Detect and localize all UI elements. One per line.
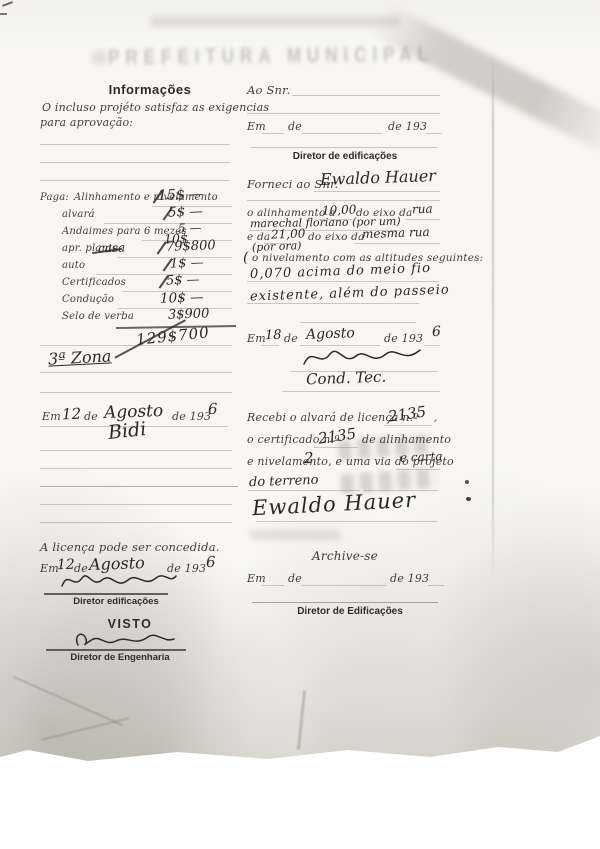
date-year-label: de 193 bbox=[172, 410, 211, 423]
signature-scribble bbox=[68, 627, 180, 651]
fee-label: Selo de verba bbox=[62, 311, 134, 322]
signature-rule bbox=[44, 593, 168, 595]
crease-line bbox=[297, 690, 306, 750]
fee-value: 5$ — bbox=[168, 203, 204, 220]
alignment-hand-7: 0,070 acima do meio fio bbox=[250, 261, 431, 282]
date-em-label: Em bbox=[247, 572, 266, 585]
fee-value: 79$800 bbox=[166, 238, 216, 255]
license-number-hand: 2135 bbox=[387, 402, 427, 425]
edge-mark bbox=[0, 13, 7, 15]
archive-label: Archive-se bbox=[302, 549, 388, 563]
ruled-line bbox=[428, 585, 444, 586]
forneci-name-hand: Ewaldo Hauer bbox=[320, 166, 436, 189]
alignment-hand-8: existente, além do passeio bbox=[250, 283, 450, 305]
fee-value: 15$ — bbox=[158, 186, 204, 204]
intro-line-2: para aprovação: bbox=[40, 116, 133, 129]
date-year-hand: 6 bbox=[432, 324, 441, 340]
ghost-header-text: PREFEITURA MUNICIPAL bbox=[108, 42, 434, 70]
signature-rule bbox=[46, 649, 186, 651]
ruled-line bbox=[424, 345, 440, 346]
fee-value: 1$ — bbox=[170, 255, 204, 271]
fee-label: Condução bbox=[62, 294, 114, 305]
recipient-signature-hand: Ewaldo Hauer bbox=[251, 488, 416, 521]
recebi-hand-1: e carta bbox=[400, 449, 443, 464]
license-statement: A licença pode ser concedida. bbox=[40, 540, 220, 554]
ruled-line bbox=[426, 133, 442, 134]
ruled-line bbox=[96, 274, 232, 275]
date-em-label: Em bbox=[42, 410, 61, 423]
ruled-line bbox=[40, 522, 232, 523]
ruled-line bbox=[302, 585, 386, 586]
ruled-line bbox=[40, 144, 230, 145]
ruled-line bbox=[40, 180, 230, 181]
document-page: PREFEITURA MUNICIPAL Informações O inclu… bbox=[0, 0, 600, 764]
fee-label: Certificados bbox=[62, 277, 126, 288]
left-section-title: Informações bbox=[95, 82, 205, 97]
ruled-line bbox=[262, 133, 284, 134]
ruled-line bbox=[256, 521, 438, 522]
date-year-label: de 193 bbox=[390, 572, 429, 585]
recebi-text-2b: de alinhamento bbox=[362, 433, 451, 446]
date-year-label: de 193 bbox=[388, 120, 427, 133]
fee-value: 3$900 bbox=[168, 306, 210, 322]
signature-scribble bbox=[58, 566, 178, 592]
signature-rule bbox=[252, 602, 438, 603]
alignment-text-4: do eixo da bbox=[308, 231, 365, 243]
date-month-hand: Agosto bbox=[306, 325, 355, 343]
ruled-line bbox=[396, 469, 440, 470]
ruled-line bbox=[250, 147, 438, 148]
fee-label: auto bbox=[62, 260, 85, 271]
ruled-line bbox=[40, 486, 238, 487]
ruled-line bbox=[40, 345, 232, 346]
ruled-line bbox=[261, 345, 279, 346]
zone-note: 3ª Zona bbox=[48, 346, 112, 368]
date-day-hand: 18 bbox=[265, 328, 282, 344]
ruled-line bbox=[247, 113, 440, 114]
ruled-line bbox=[40, 450, 232, 451]
ink-bleed-smudge bbox=[150, 16, 400, 27]
fee-value: 10$ — bbox=[160, 289, 204, 307]
crease-line bbox=[41, 717, 129, 740]
signature-scribble bbox=[298, 342, 424, 368]
date-de-label: de bbox=[84, 410, 98, 423]
ruled-line bbox=[40, 162, 230, 163]
ruled-line bbox=[282, 391, 440, 392]
ink-bleed-emblem bbox=[92, 50, 107, 65]
edge-mark bbox=[2, 1, 13, 7]
ruled-line bbox=[354, 243, 440, 244]
ink-dot bbox=[466, 497, 471, 501]
ink-bleed-smudge bbox=[250, 530, 340, 540]
director-edificacoes-label: Diretor de edificações bbox=[278, 151, 412, 162]
vertical-crease bbox=[492, 58, 494, 578]
fee-value: 5$ — bbox=[166, 272, 200, 288]
ruled-line bbox=[40, 504, 232, 505]
date-de-label: de bbox=[284, 332, 298, 345]
ruled-line bbox=[302, 133, 382, 134]
alignment-brace-hand: ( bbox=[243, 250, 249, 266]
date-de-label: de bbox=[288, 572, 302, 585]
cond-tec-hand: Cond. Tec. bbox=[306, 368, 387, 389]
ao-snr-label: Ao Snr. bbox=[247, 83, 290, 97]
date-em-label: Em bbox=[247, 120, 266, 133]
alignment-hand-2: rua bbox=[412, 202, 433, 217]
ruled-line bbox=[262, 585, 284, 586]
ruled-line bbox=[247, 303, 419, 304]
signature-hand: Bidi bbox=[107, 418, 147, 444]
ruled-line bbox=[406, 219, 440, 220]
fees-prefix: Paga: bbox=[40, 192, 69, 203]
ruled-line bbox=[247, 200, 440, 201]
ruled-line bbox=[314, 447, 358, 448]
date-day-hand: 12 bbox=[62, 405, 82, 424]
ruled-line bbox=[40, 392, 232, 393]
scan-background: PREFEITURA MUNICIPAL Informações O inclu… bbox=[0, 0, 600, 849]
ruled-line bbox=[300, 322, 416, 323]
date-year-hand: 6 bbox=[208, 400, 218, 418]
crease-line bbox=[13, 676, 123, 726]
director-edificacoes-label: Diretor edificações bbox=[58, 596, 174, 607]
ruled-line bbox=[104, 223, 232, 224]
alignment-hand-5: mesma rua bbox=[362, 225, 430, 241]
fee-label: alvará bbox=[62, 209, 95, 220]
ruled-line bbox=[247, 281, 439, 282]
recebi-comma: , bbox=[434, 411, 438, 424]
recebi-overwrite-hand: 2 bbox=[304, 449, 314, 467]
date-year-hand: 6 bbox=[206, 553, 216, 571]
director-engenharia-label: Diretor de Engenharia bbox=[58, 652, 182, 663]
date-de-label: de bbox=[288, 120, 302, 133]
ruled-line bbox=[384, 425, 432, 426]
ruled-line bbox=[40, 372, 232, 373]
director-edificacoes-label: Diretor de Edificações bbox=[282, 606, 418, 617]
intro-line-1: O incluso projéto satisfaz as exigencias bbox=[42, 101, 269, 114]
ruled-line bbox=[40, 468, 232, 469]
ruled-line bbox=[314, 191, 440, 192]
ink-dot bbox=[465, 480, 469, 484]
pen-stroke bbox=[157, 241, 167, 254]
ruled-line bbox=[292, 95, 440, 96]
date-em-label: Em bbox=[247, 332, 266, 345]
recebi-hand-2: do terreno bbox=[249, 473, 319, 490]
